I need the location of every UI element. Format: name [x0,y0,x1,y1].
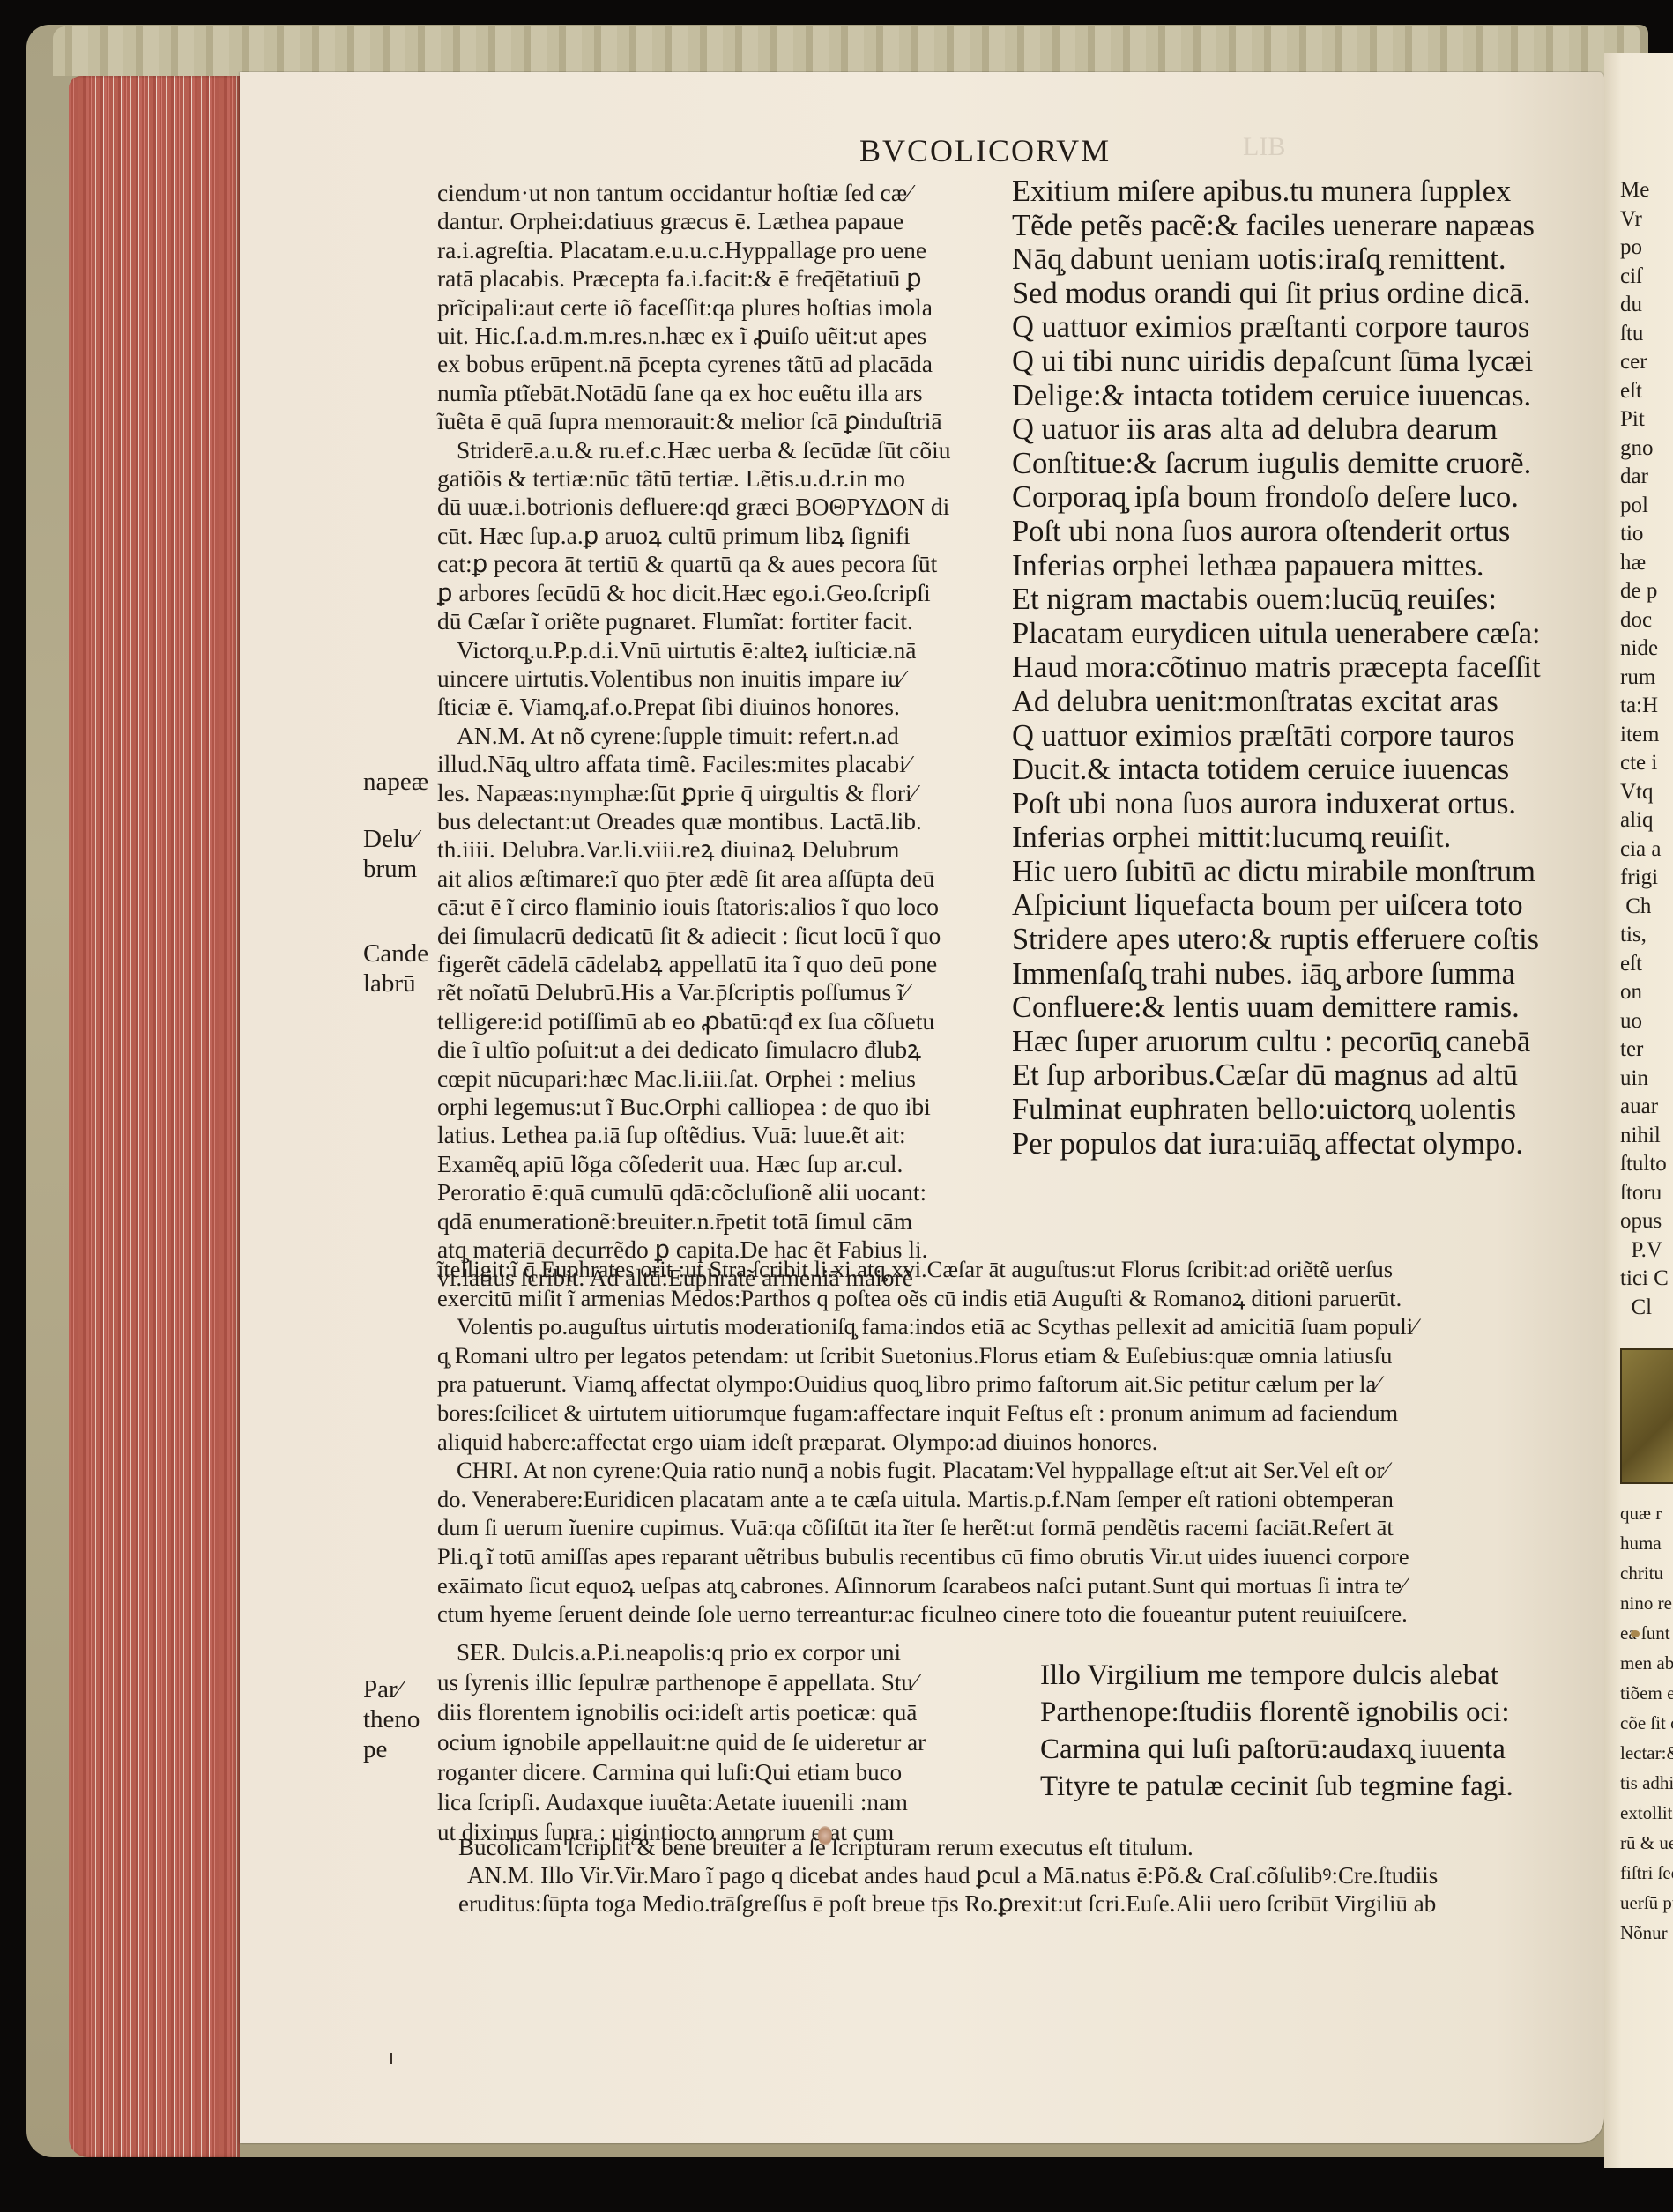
commentary-upper-column: ciendum·ut non tantum occidantur hoſtiæ … [437,179,1001,1293]
facing-page-text-upper: Me Vr po ciſ du ſtu cer eſt Pit gno dar … [1620,176,1669,1322]
text-line: cā:ut ē ĩ circo flaminio iouis ſtatoris:… [437,893,1001,921]
text-line: Immenſaſq̧ trahi nubes. iāq̧ arbore ſumm… [1012,957,1594,991]
text-line: Exitium miſere apibus.tu munera ſupplex [1012,174,1594,209]
text-line: q̧ Romani ultro per legatos petendam: ut… [437,1341,1574,1370]
text-line: diis florentem ignobilis oci:ideſt artis… [437,1697,993,1727]
text-line: Conſtitue:& ſacrum iugulis demitte cruor… [1012,447,1594,481]
woodcut-initial [1620,1348,1673,1484]
text-line: Sed modus orandi qui ſit prius ordine di… [1012,277,1594,311]
text-line: Q ui tibi nunc uiridis depaſcunt ſūma ly… [1012,345,1594,379]
text-line: bores:ſcilicet & uirtutem uitiorumque fu… [437,1399,1574,1428]
commentary-full-width: ĩtelligit:ĩ q̄ Euphrates orit :ut Stra.ſ… [437,1255,1574,1629]
marginal-note-delubrum: Delu⁄brum [363,824,417,884]
text-line: exāimato ſicut equoꝝ ueſpas atq̧ cabrone… [437,1571,1574,1600]
text-line: ꝑ arbores ſecūdū & hoc dicit.Hæc ego.i.G… [437,579,1001,607]
text-line: qdā enumerationẽ:breuiter.n.r̄petit totā… [437,1207,1001,1236]
text-line: Carmina qui luſi paſtorū:audaxq̧ iuuenta [1040,1731,1587,1768]
text-line: Haud mora:cõtinuo matris præcepta faceſſ… [1012,650,1594,685]
text-line: Hæc ſuper aruorum cultu : pecorūq̧ caneb… [1012,1025,1594,1059]
ink-mark [390,2053,392,2064]
facing-page-text-lower: quæ r huma chritu nino re ea ſunt men ab… [1620,1498,1673,1948]
text-line: Hic uero ſubitū ac dictu mirabile monſtr… [1012,855,1594,889]
marginal-note-candelabrum: Candelabrū [363,939,428,998]
text-line: latius. Lethea pa.iā ſup oſtẽdius. Vuā: … [437,1121,1001,1149]
text-line: dantur. Orphei:datiuus græcus ē. Læthea … [437,207,1001,235]
text-line: numĩa ptĩebāt.Notādū ſane qa ex hoc euẽt… [437,379,1001,407]
text-line: ſticiæ ē. Viamq̧.af.o.Prepat ſibi diuino… [437,693,1001,721]
text-line: AN.M. Illo Vir.Vir.Maro ĩ pago q dicebat… [458,1861,1595,1889]
marginal-note-napeæ: napeæ [363,767,428,797]
text-line: uit. Hic.ſ.a.d.m.m.res.n.hæc ex ĩ ꝓuiſo … [437,322,1001,350]
text-line: orphi legemus:ut ĩ Buc.Orphi calliopea :… [437,1093,1001,1121]
cover-top-edge [53,26,1640,76]
text-line: AN.M. At nõ cyrene:ſupple timuit: refert… [437,722,1001,750]
facing-recto-page: Me Vr po ciſ du ſtu cer eſt Pit gno dar … [1604,53,1673,2168]
text-line: ait alios æſtimare:ĩ quo p̄ter ædẽ ſit a… [437,865,1001,893]
text-line: ĩtelligit:ĩ q̄ Euphrates orit :ut Stra.ſ… [437,1255,1574,1284]
text-line: Examẽq̧ apiū lõga cõſederit uua. Hæc ſup… [437,1150,1001,1178]
text-line: Striderē.a.u.& ru.ef.c.Hæc uerba & ſecūd… [437,436,1001,464]
text-line: Tityre te patulæ cecinit ſub tegmine fag… [1040,1768,1587,1805]
text-line: Inferias orphei mittit:lucumq̧ reuiſit. [1012,820,1594,855]
text-line: CHRI. At non cyrene:Quia ratio nunq̄ a n… [437,1456,1574,1485]
commentary-tail: Bucolicam ſcripſit & bene breuiter a ſe … [458,1833,1595,1918]
text-line: illud.Nāq̧ ultro affata timẽ. Faciles:mi… [437,750,1001,778]
text-line: pra patuerunt. Viamq̧ affectat olympo:Ou… [437,1370,1574,1399]
text-line: Parthenope:ſtudiis florentẽ ignobilis oc… [1040,1694,1587,1731]
text-line: SER. Dulcis.a.P.i.neapolis:q prio ex cor… [437,1637,993,1667]
verse-text-lower: Illo Virgilium me tempore dulcis alebatP… [1040,1657,1587,1805]
text-line: Fulminat euphraten bello:uictorq̧ uolent… [1012,1093,1594,1127]
text-line: uincere uirtutis.Volentibus non inuitis … [437,664,1001,693]
text-line: us ſyrenis illic ſepulræ parthenope ē ap… [437,1667,993,1697]
text-line: bus delectant:ut Oreades quæ montibus. L… [437,807,1001,835]
marginal-note-parthenope: Par⁄thenope [363,1674,420,1764]
text-line: prĩcipali:aut certe iõ faceſſit:qa plure… [437,293,1001,322]
text-line: Tẽde petẽs pacẽ:& faciles uenerare napæa… [1012,209,1594,243]
text-line: Corporaq̧ ipſa boum frondoſo deſere luco… [1012,480,1594,515]
text-line: ctum hyeme ſeruent deinde ſole uerno ter… [437,1600,1574,1629]
text-line: figerẽt cādelā cādelabꝝ appellatū ita ĩ … [437,950,1001,978]
text-line: aliquid habere:affectat ergo uiam ideſt … [437,1428,1574,1457]
text-line: Peroratio ē:quā cumulū qdā:cõcluſionẽ al… [437,1178,1001,1206]
text-line: dum ſi uerum ĩuenire cupimus. Vuā:qa cõſ… [437,1513,1574,1542]
commentary-servius: SER. Dulcis.a.P.i.neapolis:q prio ex cor… [437,1637,993,1847]
text-line: Inferias orphei lethæa papauera mittes. [1012,549,1594,583]
text-line: dei ſimulacrū dedicatū ſit & adiecit : ſ… [437,922,1001,950]
text-line: Poſt ubi nona ſuos aurora oſtenderit ort… [1012,515,1594,549]
text-line: Placatam eurydicen uitula uenerabere cæſ… [1012,617,1594,651]
text-line: dū uuæ.i.botrionis defluere:qđ græci ΒΟΘ… [437,493,1001,521]
text-line: ra.i.agreſtia. Placatam.e.u.u.c.Hyppalla… [437,236,1001,264]
text-line: do. Venerabere:Euridicen placatam ante a… [437,1485,1574,1514]
text-line: dū Cæſar ĩ oriẽte pugnaret. Flumĩat: for… [437,607,1001,635]
text-line: Volentis po.auguſtus uirtutis moderation… [437,1312,1574,1341]
text-line: ĩuẽta ē quā ſupra memorauit:& melior ſcā… [437,407,1001,435]
text-line: Confluere:& lentis uuam demittere ramis. [1012,991,1594,1025]
running-head: BVCOLICORVM [859,132,1111,169]
text-line: gatiõis & tertiæ:nūc tãtū tertiæ. Lẽtis.… [437,464,1001,493]
text-line: telligere:id potiſſimū ab eo ꝓbatū:qđ ex… [437,1007,1001,1035]
text-line: die ĩ ultĩo poſuit:ut a dei dedicato ſim… [437,1035,1001,1064]
text-line: th.iiii. Delubra.Var.li.viii.reꝝ diuinaꝝ… [437,835,1001,864]
text-line: Aſpiciunt liquefacta boum per uiſcera to… [1012,888,1594,923]
text-line: Poſt ubi nona ſuos aurora induxerat ortu… [1012,787,1594,821]
text-line: cat:ꝑ pecora āt tertiū & quartū qa & aue… [437,550,1001,578]
text-line: ratā placabis. Præcepta fa.i.facit:& ē f… [437,264,1001,293]
text-line: lica ſcripſi. Audaxque iuuẽta:Aetate iuu… [437,1787,993,1817]
text-line: eruditus:ſūpta toga Medio.trāſgreſſus ē … [458,1889,1595,1918]
text-line: Bucolicam ſcripſit & bene breuiter a ſe … [458,1833,1595,1861]
text-line: cœpit nūcupari:hæc Mac.li.iii.ſat. Orphe… [437,1065,1001,1093]
text-line: Victorq̧.u.P.p.d.i.Vnū uirtutis ē:alteꝝ … [437,636,1001,664]
text-line: Et nigram mactabis ouem:lucūq̧ reuiſes: [1012,583,1594,617]
text-line: Ad delubra uenit:monſtratas excitat aras [1012,685,1594,719]
text-line: Nāq̧ dabunt ueniam uotis:iraſq̧ remitten… [1012,242,1594,277]
text-line: Delige:& intacta totidem ceruice iuuenca… [1012,379,1594,413]
text-line: Stridere apes utero:& ruptis efferuere c… [1012,923,1594,957]
text-line: ex bobus erūpent.nā p̄cepta cyrenes tãtū… [437,350,1001,378]
text-line: ciendum·ut non tantum occidantur hoſtiæ … [437,179,1001,207]
text-line: rẽt noĩatū Delubrū.His a Var.p̄ſcriptis … [437,978,1001,1006]
text-line: cūt. Hæc ſup.a.ꝑ aruoꝝ cultū primum libꝝ… [437,522,1001,550]
red-page-edges [69,76,240,2157]
text-line: Q uattuor eximios præſtanti corpore taur… [1012,310,1594,345]
text-line: les. Napæas:nymphæ:ſūt ꝑprie q̄ uirgulti… [437,779,1001,807]
text-line: Ducit.& intacta totidem ceruice iuuencas [1012,753,1594,787]
foxing-stain [818,1826,832,1845]
text-line: Q uattuor eximios præſtāti corpore tauro… [1012,719,1594,753]
text-line: ocium ignobile appellauit:ne quid de ſe … [437,1727,993,1757]
show-through-text: LIB [1243,132,1285,162]
text-line: Et ſup arboribus.Cæſar dū magnus ad altū [1012,1058,1594,1093]
text-line: Illo Virgilium me tempore dulcis alebat [1040,1657,1587,1694]
text-line: roganter dicere. Carmina qui luſi:Qui et… [437,1757,993,1787]
text-line: Per populos dat iura:uiāq̧ affectat olym… [1012,1127,1594,1162]
verse-text-upper: Exitium miſere apibus.tu munera ſupplexT… [1012,174,1594,1161]
text-line: Q uatuor iis aras alta ad delubra dearum [1012,412,1594,447]
paper-spot [1631,1630,1640,1637]
text-line: exercitū miſit ĩ armenias Medos:Parthos … [437,1284,1574,1313]
text-line: Pli.q̧ ĩ totū amiſſas apes reparant uẽtr… [437,1542,1574,1571]
